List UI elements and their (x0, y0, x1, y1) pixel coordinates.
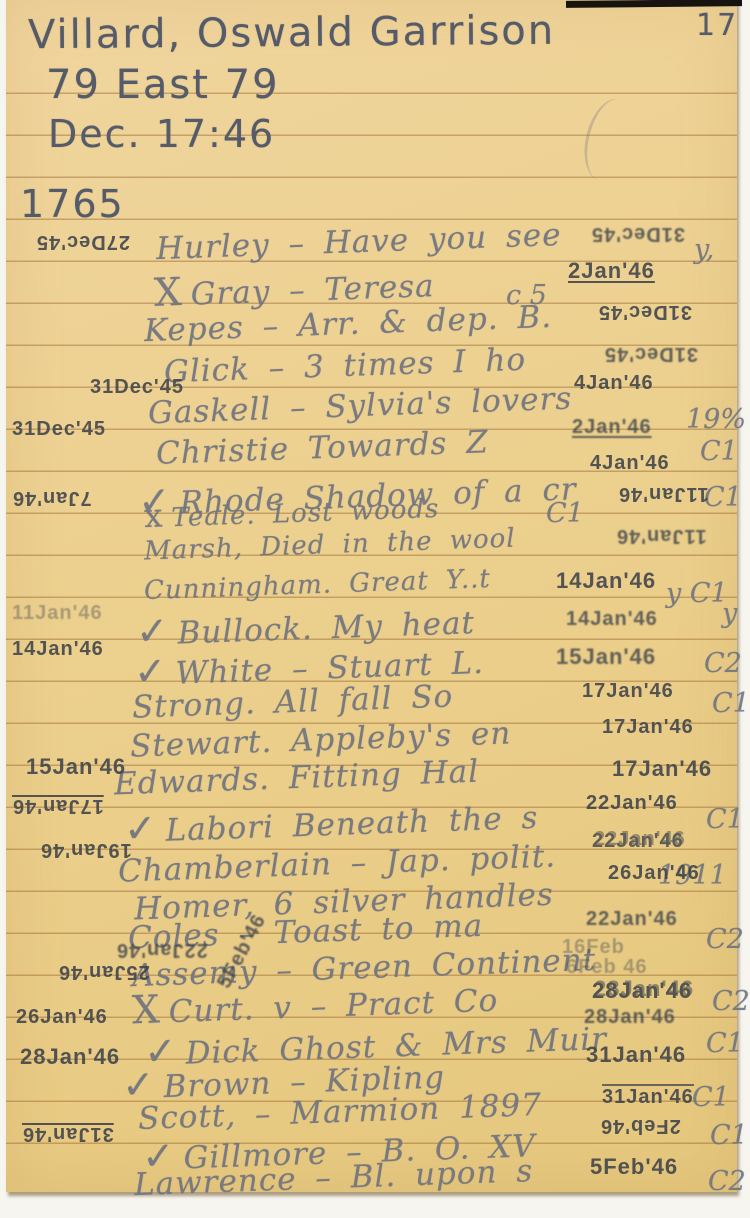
date-stamp: 28Jan'46 (592, 978, 692, 1004)
date-stamp: 31Jan'46 (22, 1122, 114, 1145)
date-stamp: 31Dec'45 (598, 300, 692, 323)
date-stamp: 28Jan'46 (584, 1006, 676, 1029)
date-stamp: 17Jan'46 (602, 716, 694, 739)
date-stamp: 7Jan'46 (12, 486, 92, 509)
date-stamp: 22Jan'46 (586, 792, 678, 815)
date-stamp: 14Jan'46 (556, 568, 656, 594)
entry-note: 19% (686, 404, 746, 435)
page-number: 17 (696, 8, 738, 43)
entry-line: Christie Towards Z (155, 424, 489, 472)
date-stamp: 14Jan'46 (12, 638, 104, 661)
entry-note: C1 (700, 436, 738, 467)
date-stamp: 31Dec'45 (604, 342, 698, 365)
date-stamp: 19Jan'46 (40, 838, 132, 861)
entry-note: C1 (704, 482, 742, 513)
date-stamp: 15Jan'46 (556, 644, 656, 670)
checkmark: X (131, 987, 161, 1033)
cardholder-address: 79 East 79 (46, 62, 280, 108)
checkmark: X (153, 270, 183, 316)
date-stamp: 11Jan'46 (12, 602, 103, 625)
checkmark: x (143, 496, 164, 535)
date-stamp: 31Dec'45 (12, 418, 106, 441)
registration-date: Dec. 17:46 (48, 112, 275, 156)
card-number: 1765 (20, 182, 125, 226)
pencil-stray-mark (577, 94, 643, 187)
date-stamp: 4Jan'46 (574, 372, 654, 395)
entry-note: C2 (708, 1166, 746, 1197)
date-stamp: 2Jan'46 (568, 258, 655, 284)
date-stamp: 22Jan'46 (592, 830, 684, 853)
date-stamp: 2Feb'46 (600, 1114, 681, 1137)
date-stamp: 31Jan'46 (586, 1042, 686, 1068)
library-charge-card: Villard, Oswald Garrison 17 79 East 79 D… (6, 0, 737, 1192)
date-stamp: 31Jan'46 (602, 1084, 694, 1109)
cardholder-name: Villard, Oswald Garrison (28, 8, 556, 59)
entry-line: Hurley – Have you see (155, 217, 562, 267)
date-stamp: 22Jan'46 (586, 908, 678, 931)
entry-note: y (722, 598, 737, 629)
entry-text: Christie Towards Z (155, 424, 489, 472)
entry-text: Hurley – Have you see (155, 217, 562, 267)
date-stamp: 14Jan'46 (566, 608, 658, 631)
entry-note: y C1 (666, 578, 728, 609)
date-stamp: 22Jan'46 (116, 938, 208, 961)
entry-note: C1 (546, 498, 584, 529)
entry-note: C1 (712, 688, 750, 719)
date-stamp: 5Feb'46 (590, 1154, 678, 1180)
date-stamp: 2Jan'46 (572, 416, 652, 439)
entry-note: C1 (706, 804, 744, 835)
date-stamp: 28Jan'46 (20, 1044, 120, 1070)
entry-text: Glick – 3 times I ho (163, 342, 526, 391)
entry-note: y, (694, 234, 714, 265)
date-stamp: 4Jan'46 (590, 452, 670, 475)
checkmark: ✓ (135, 609, 170, 655)
date-stamp: 11Jan'46 (616, 524, 707, 547)
entry-line: Glick – 3 times I ho (163, 342, 526, 391)
date-stamp: 11Jan'46 (618, 482, 709, 505)
entry-note: C2 (712, 986, 750, 1017)
entry-note: C2 (706, 924, 744, 955)
date-stamp: 15Jan'46 (26, 754, 126, 780)
entry-note: C1 (692, 1082, 730, 1113)
date-stamp: 27Dec'45 (36, 230, 130, 253)
date-stamp: 17Jan'46 (582, 680, 674, 703)
entry-note: C1 (706, 1028, 744, 1059)
date-stamp: 31Dec'45 (90, 376, 184, 399)
date-stamp: 26Jan'46 (608, 862, 700, 885)
date-stamp: 17Jan'46 (12, 794, 104, 817)
scan-background: Villard, Oswald Garrison 17 79 East 79 D… (0, 0, 750, 1218)
entry-note: C1 (710, 1120, 748, 1151)
date-stamp: 25Jan'46 (58, 960, 150, 983)
date-stamp: 6Feb 46 (566, 956, 647, 979)
date-stamp: 26Jan'46 (16, 1006, 108, 1029)
date-stamp: 31Dec'45 (591, 222, 685, 245)
date-stamp: 17Jan'46 (612, 756, 712, 782)
entry-note: C2 (704, 648, 742, 679)
